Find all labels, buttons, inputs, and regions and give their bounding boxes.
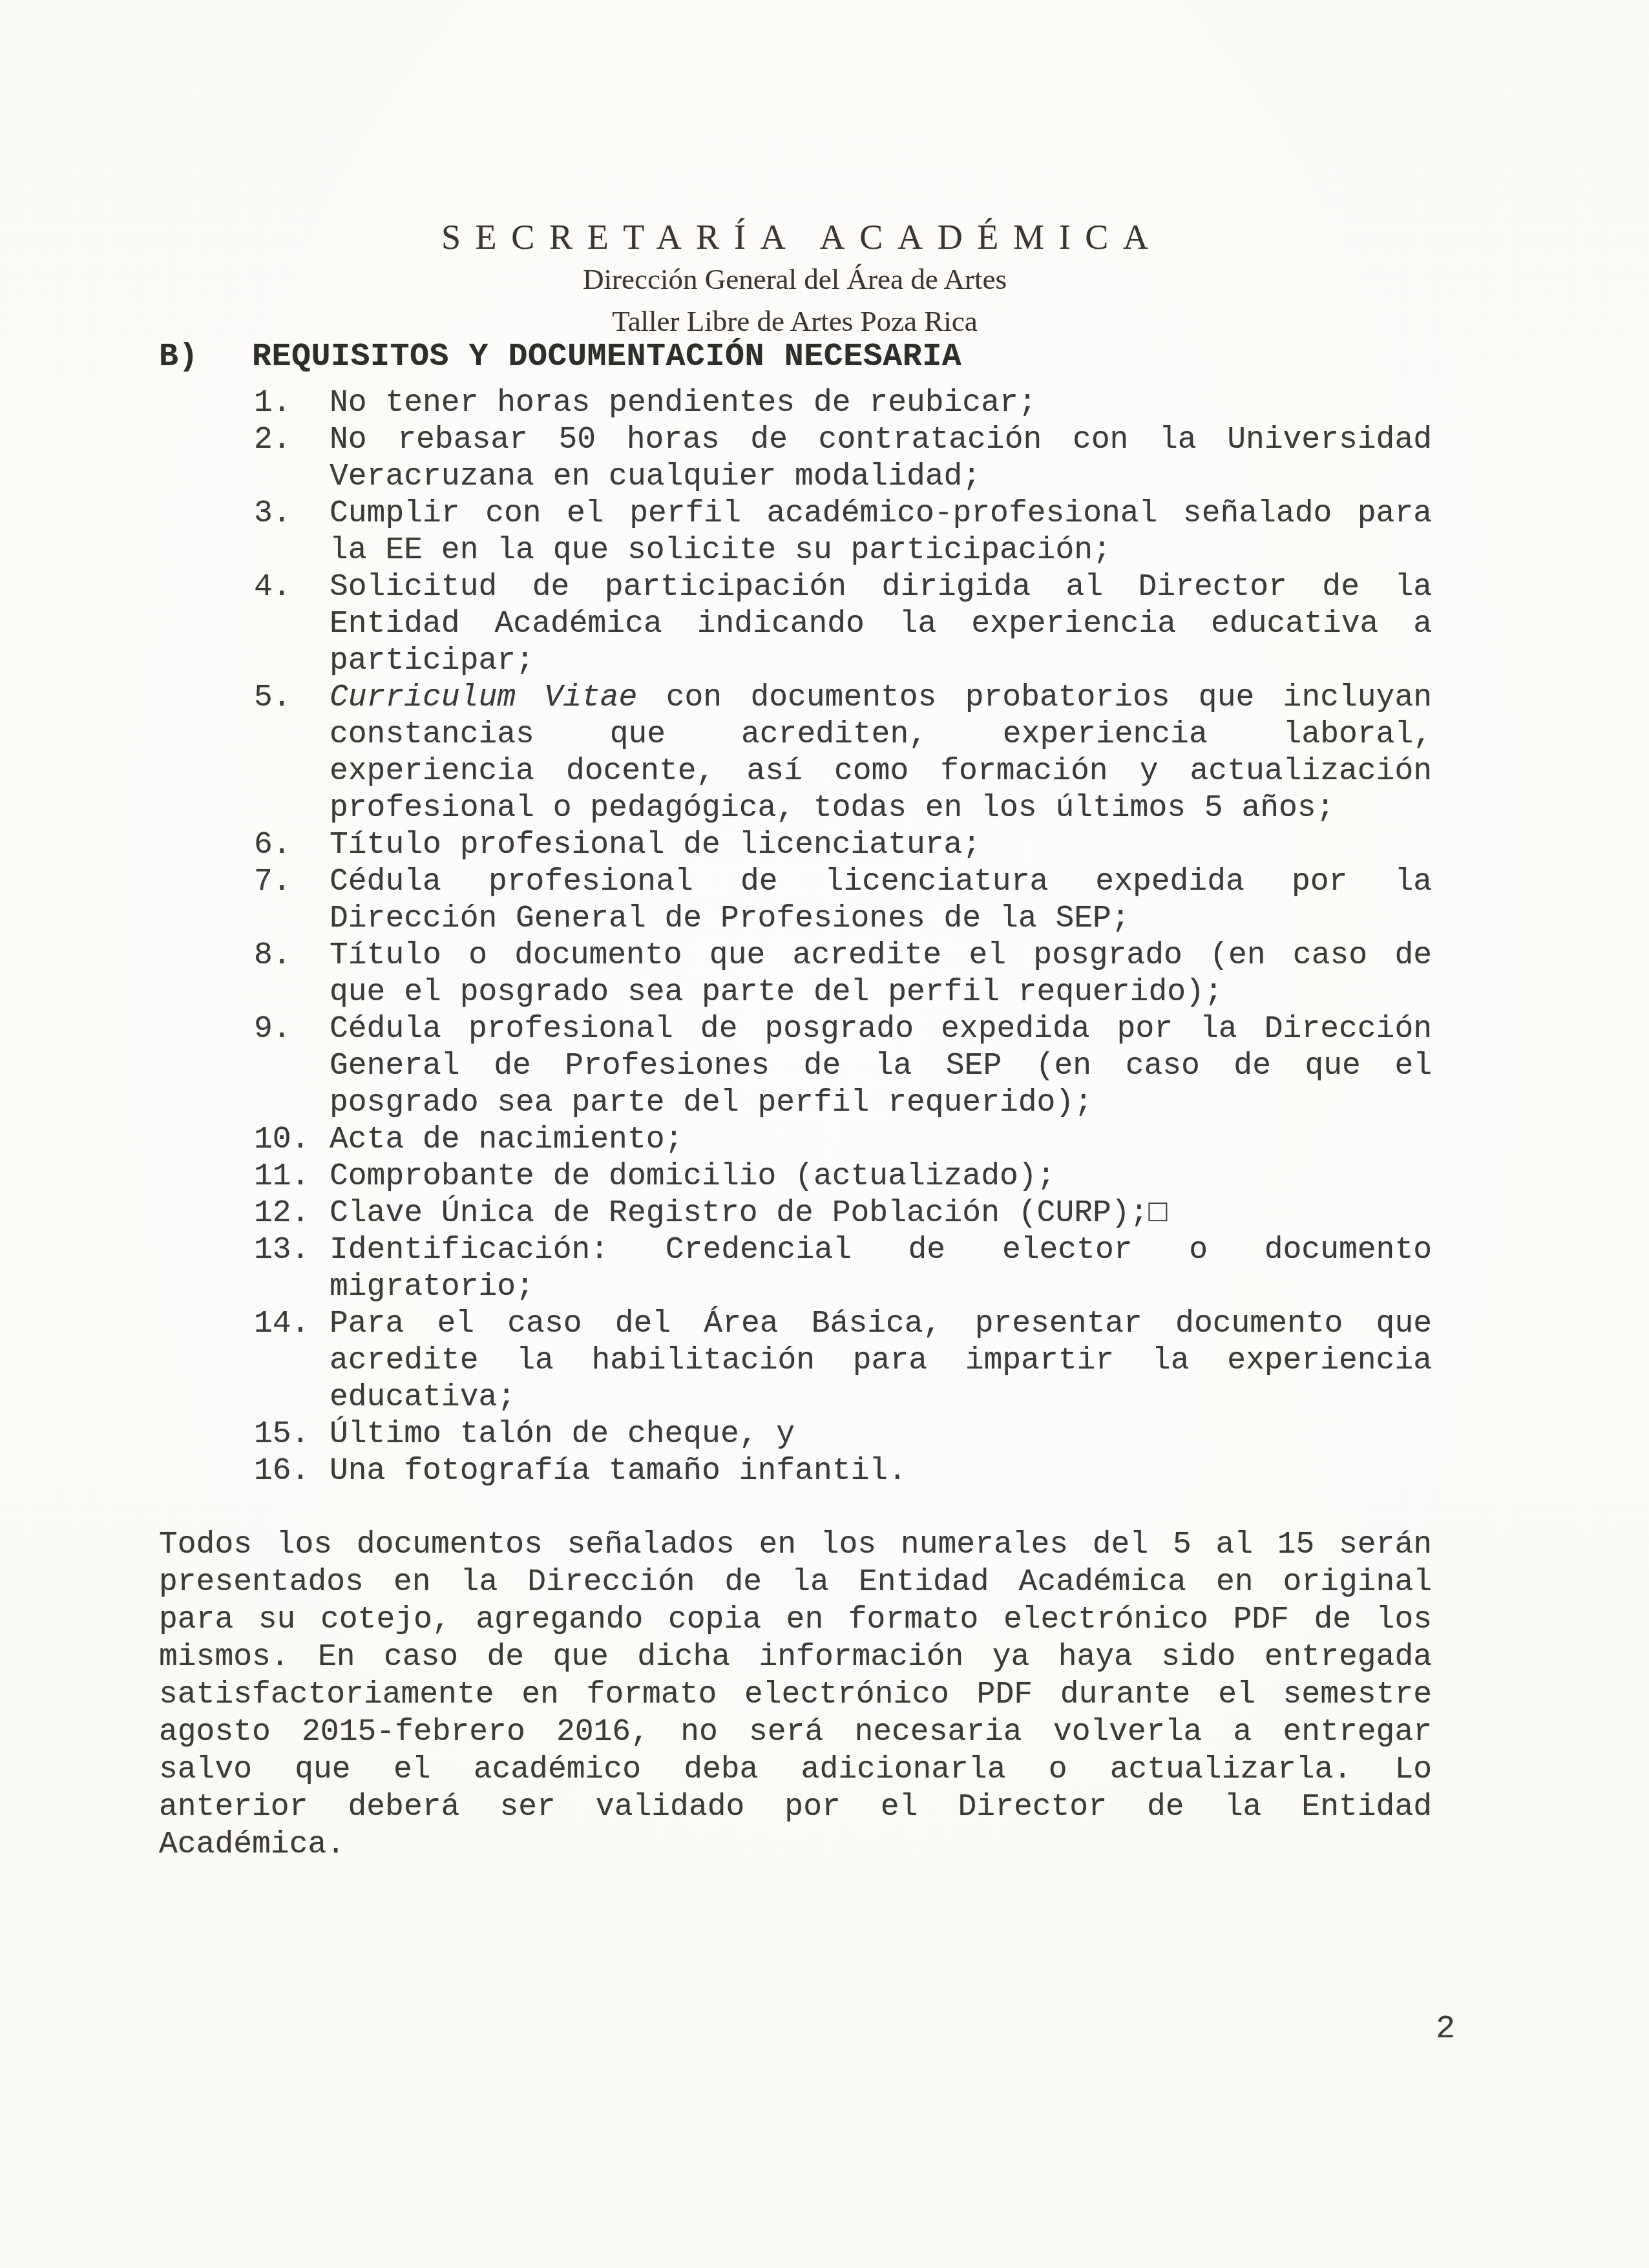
list-item-text: Identificación: Credencial de elector o …: [330, 1232, 1432, 1306]
list-item-number: 2.: [254, 422, 330, 496]
list-item-text: Acta de nacimiento;: [330, 1122, 1432, 1159]
text-line: Último talón de cheque, y: [330, 1416, 1432, 1453]
text-line: Acta de nacimiento;: [330, 1122, 1432, 1159]
italic-phrase: Curriculum Vitae: [330, 680, 637, 715]
requirements-list: 1.No tener horas pendientes de reubicar;…: [159, 385, 1432, 1490]
document-page: SECRETARÍA ACADÉMICA Dirección General d…: [0, 0, 1649, 2268]
list-item-text: Título o documento que acredite el posgr…: [330, 938, 1432, 1011]
list-item-number: 14.: [254, 1306, 330, 1416]
section-heading: B) REQUISITOS Y DOCUMENTACIÓN NECESARIA: [159, 339, 1432, 376]
text-line: Solicitud de participación dirigida al D…: [330, 569, 1432, 606]
text-line: Entidad Académica indicando la experienc…: [330, 606, 1432, 643]
text-line: agosto 2015-febrero 2016, no será necesa…: [159, 1714, 1432, 1751]
text-line: experiencia docente, así como formación …: [330, 753, 1432, 790]
list-item: 6.Título profesional de licenciatura;: [159, 827, 1432, 864]
text-line: salvo que el académico deba adicionarla …: [159, 1751, 1432, 1789]
list-item-text: No rebasar 50 horas de contratación con …: [330, 422, 1432, 496]
text-line: General de Profesiones de la SEP (en cas…: [330, 1048, 1432, 1085]
list-item-number: 4.: [254, 569, 330, 680]
text-line: No rebasar 50 horas de contratación con …: [330, 422, 1432, 459]
text-line: Cédula profesional de licenciatura exped…: [330, 864, 1432, 901]
text-line: migratorio;: [330, 1269, 1432, 1306]
list-item-number: 9.: [254, 1011, 330, 1122]
list-item: 11.Comprobante de domicilio (actualizado…: [159, 1159, 1432, 1195]
list-item-text: Solicitud de participación dirigida al D…: [330, 569, 1432, 680]
text-line: Dirección General de Profesiones de la S…: [330, 901, 1432, 938]
text-line: Veracruzana en cualquier modalidad;: [330, 459, 1432, 496]
document-header: SECRETARÍA ACADÉMICA Dirección General d…: [0, 216, 1590, 342]
list-item-number: 11.: [254, 1159, 330, 1195]
list-item: 15.Último talón de cheque, y: [159, 1416, 1432, 1453]
list-item-number: 3.: [254, 496, 330, 569]
text-line: que el posgrado sea parte del perfil req…: [330, 974, 1432, 1011]
text-line: satisfactoriamente en formato electrónic…: [159, 1676, 1432, 1714]
text-line: Académica.: [159, 1826, 1432, 1864]
list-item-number: 15.: [254, 1416, 330, 1453]
text-line: Una fotografía tamaño infantil.: [330, 1453, 1432, 1490]
text-line: educativa;: [330, 1380, 1432, 1416]
text-line: Título profesional de licenciatura;: [330, 827, 1432, 864]
list-item: 1.No tener horas pendientes de reubicar;: [159, 385, 1432, 422]
header-taller-libre: Taller Libre de Artes Poza Rica: [0, 300, 1590, 342]
list-item: 14.Para el caso del Área Básica, present…: [159, 1306, 1432, 1416]
list-item-number: 5.: [254, 680, 330, 827]
list-item-number: 1.: [254, 385, 330, 422]
list-item-text: Cumplir con el perfil académico-profesio…: [330, 496, 1432, 569]
list-item: 4.Solicitud de participación dirigida al…: [159, 569, 1432, 680]
section-title: REQUISITOS Y DOCUMENTACIÓN NECESARIA: [252, 339, 961, 376]
text-line: Comprobante de domicilio (actualizado);: [330, 1159, 1432, 1195]
list-item-number: 16.: [254, 1453, 330, 1490]
header-secretaria-academica: SECRETARÍA ACADÉMICA: [0, 216, 1590, 258]
list-item-text: Una fotografía tamaño infantil.: [330, 1453, 1432, 1490]
list-item-text: Curriculum Vitae con documentos probator…: [330, 680, 1432, 827]
text-line: profesional o pedagógica, todas en los ú…: [330, 790, 1432, 827]
text-line: Cumplir con el perfil académico-profesio…: [330, 496, 1432, 532]
list-item: 7.Cédula profesional de licenciatura exp…: [159, 864, 1432, 938]
list-item-number: 8.: [254, 938, 330, 1011]
list-item-number: 6.: [254, 827, 330, 864]
text-line: Título o documento que acredite el posgr…: [330, 938, 1432, 974]
text-line: Para el caso del Área Básica, presentar …: [330, 1306, 1432, 1343]
list-item: 16.Una fotografía tamaño infantil.: [159, 1453, 1432, 1490]
text-line: Identificación: Credencial de elector o …: [330, 1232, 1432, 1269]
list-item-text: Clave Única de Registro de Población (CU…: [330, 1195, 1432, 1232]
list-item-text: Título profesional de licenciatura;: [330, 827, 1432, 864]
list-item-text: Último talón de cheque, y: [330, 1416, 1432, 1453]
list-item-text: Para el caso del Área Básica, presentar …: [330, 1306, 1432, 1416]
closing-paragraph: Todos los documentos señalados en los nu…: [159, 1526, 1432, 1864]
text-line: presentados en la Dirección de la Entida…: [159, 1564, 1432, 1601]
text-line: mismos. En caso de que dicha información…: [159, 1639, 1432, 1676]
text-line: Todos los documentos señalados en los nu…: [159, 1526, 1432, 1564]
list-item: 3.Cumplir con el perfil académico-profes…: [159, 496, 1432, 569]
text-line: Curriculum Vitae con documentos probator…: [330, 680, 1432, 717]
text-line: No tener horas pendientes de reubicar;: [330, 385, 1432, 422]
text-line: Cédula profesional de posgrado expedida …: [330, 1011, 1432, 1048]
list-item-text: Comprobante de domicilio (actualizado);: [330, 1159, 1432, 1195]
list-item: 12.Clave Única de Registro de Población …: [159, 1195, 1432, 1232]
text-line: acredite la habilitación para impartir l…: [330, 1343, 1432, 1380]
header-direccion-general: Dirección General del Área de Artes: [0, 258, 1590, 300]
list-item: 8.Título o documento que acredite el pos…: [159, 938, 1432, 1011]
text-line: para su cotejo, agregando copia en forma…: [159, 1601, 1432, 1639]
section-label: B): [159, 339, 252, 376]
list-item-number: 13.: [254, 1232, 330, 1306]
text-line: participar;: [330, 643, 1432, 680]
list-item: 5.Curriculum Vitae con documentos probat…: [159, 680, 1432, 827]
text-line: la EE en la que solicite su participació…: [330, 532, 1432, 569]
list-item: 9.Cédula profesional de posgrado expedid…: [159, 1011, 1432, 1122]
list-item-text: Cédula profesional de licenciatura exped…: [330, 864, 1432, 938]
page-number: 2: [1436, 2011, 1455, 2048]
text-segment: con documentos probatorios que incluyan: [637, 680, 1432, 715]
list-item-number: 10.: [254, 1122, 330, 1159]
list-item-text: Cédula profesional de posgrado expedida …: [330, 1011, 1432, 1122]
text-line: Clave Única de Registro de Población (CU…: [330, 1195, 1432, 1232]
text-line: anterior deberá ser validado por el Dire…: [159, 1789, 1432, 1826]
document-body: B) REQUISITOS Y DOCUMENTACIÓN NECESARIA …: [159, 339, 1432, 1864]
list-item: 10.Acta de nacimiento;: [159, 1122, 1432, 1159]
list-item-number: 7.: [254, 864, 330, 938]
list-item-text: No tener horas pendientes de reubicar;: [330, 385, 1432, 422]
list-item-number: 12.: [254, 1195, 330, 1232]
text-line: constancias que acrediten, experiencia l…: [330, 717, 1432, 753]
list-item: 2.No rebasar 50 horas de contratación co…: [159, 422, 1432, 496]
text-line: posgrado sea parte del perfil requerido)…: [330, 1085, 1432, 1122]
list-item: 13.Identificación: Credencial de elector…: [159, 1232, 1432, 1306]
